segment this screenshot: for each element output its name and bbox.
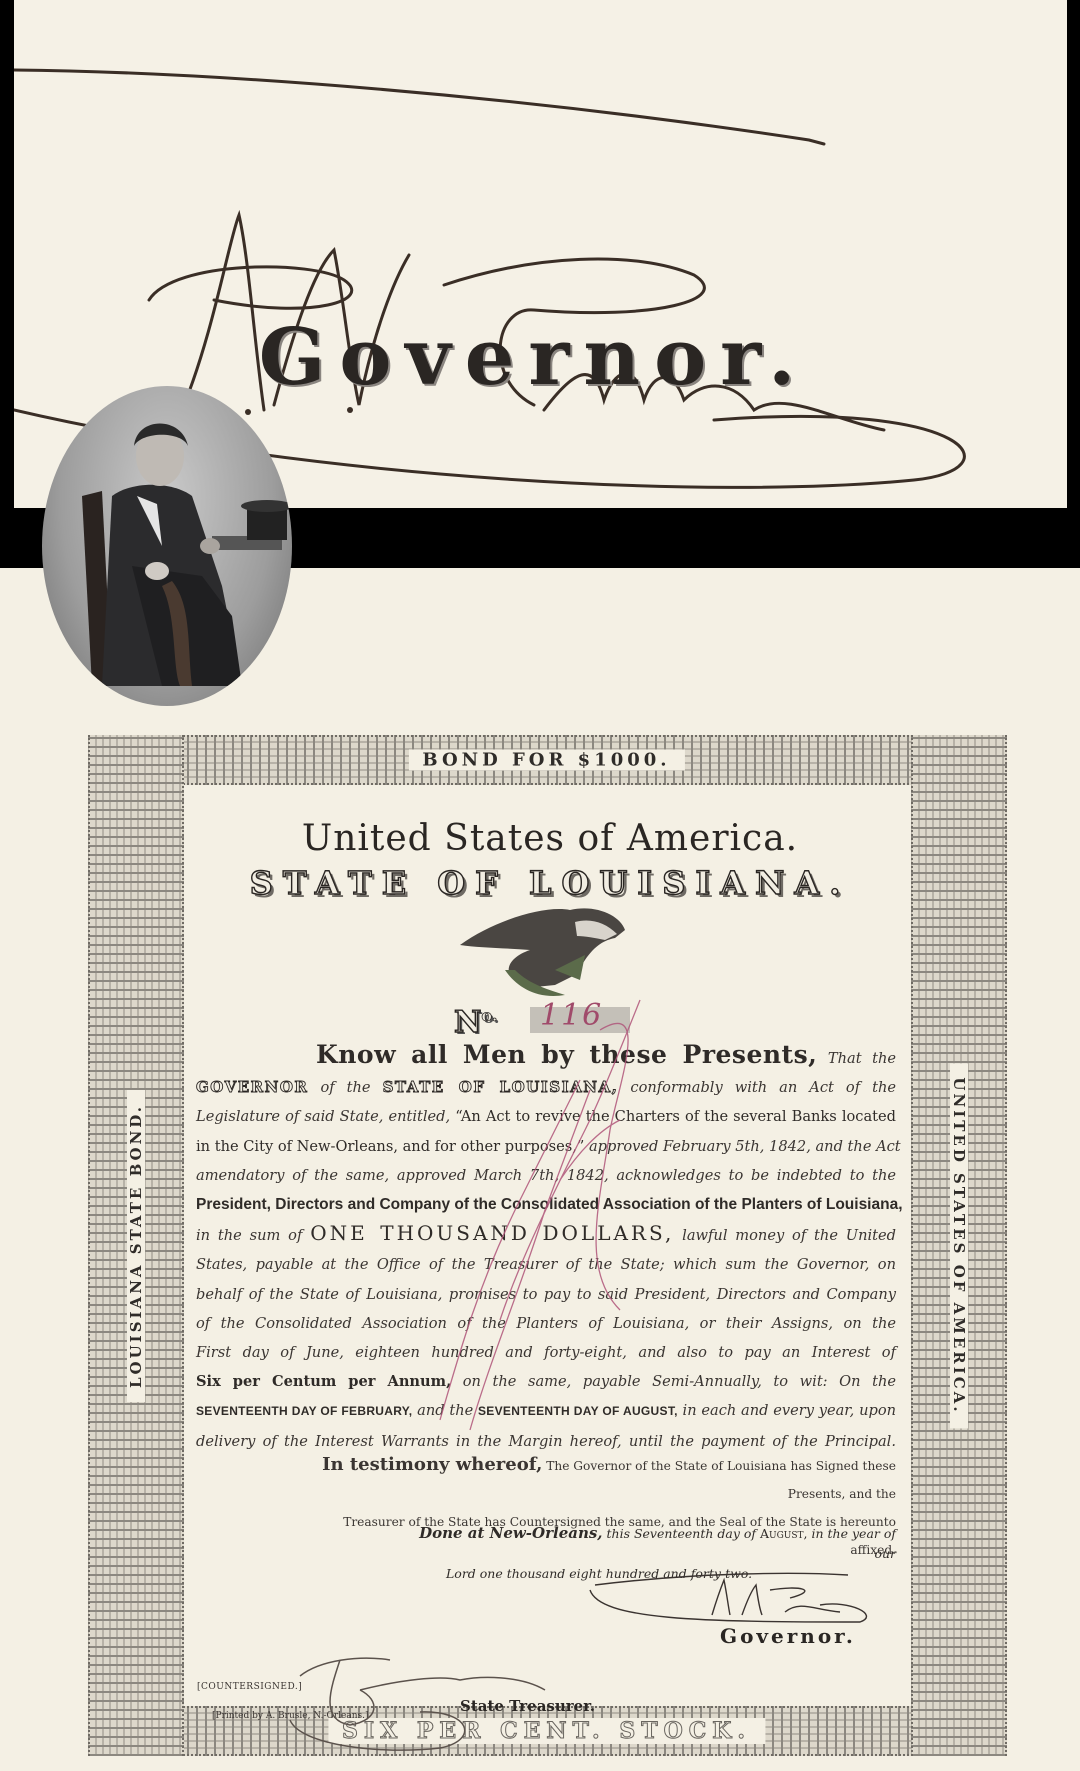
stock-type-banner: SIX PER CENT. STOCK. (328, 1718, 765, 1744)
closeup-governor-title: Governor. (214, 312, 854, 403)
left-ornamental-border: LOUISIANA STATE BOND. (88, 735, 184, 1756)
execution-clause: Done at New-Orleans, this Seventeenth da… (396, 1523, 896, 1584)
governor-label: Governor. (720, 1624, 856, 1648)
bond-body-text: Know all Men by these Presents, That the… (196, 1040, 896, 1456)
bond-number-label: No. (454, 1005, 497, 1040)
governor-portrait-photo (42, 386, 292, 706)
right-border-label: UNITED STATES OF AMERICA. (950, 1063, 968, 1428)
top-ornamental-border: BOND FOR $1000. (88, 735, 1005, 785)
state-heading: STATE OF LOUISIANA. (220, 864, 880, 902)
eagle-vignette-icon (455, 900, 625, 1005)
printer-credit: [Printed by A. Brusle, N.-Orleans.] (212, 1711, 369, 1721)
treasurer-label: State Treasurer. (460, 1697, 595, 1715)
countersigned-label: [COUNTERSIGNED.] (197, 1682, 302, 1692)
bond-amount-banner: BOND FOR $1000. (408, 750, 684, 771)
country-heading: United States of America. (260, 818, 840, 859)
bond-number-value: 116 (540, 998, 603, 1033)
left-border-label: LOUISIANA STATE BOND. (127, 1089, 145, 1401)
right-ornamental-border: UNITED STATES OF AMERICA. (911, 735, 1007, 1756)
